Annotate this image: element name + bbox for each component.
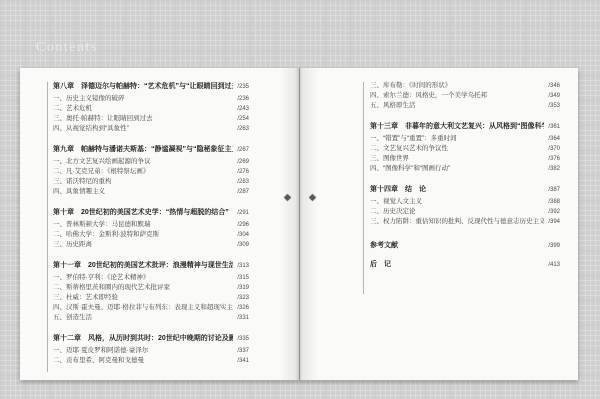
toc-row: 四、“图像科学”和“图画行动” /382 <box>370 164 560 174</box>
toc-row: 第十三章 非暮年的意大利文艺复兴：从风格到“图像科学” /361 <box>370 121 560 132</box>
toc-entry-page-number: /283 <box>237 177 249 187</box>
toc-entry-title: 三、奥托·帕赫特：让眼睛回到过去 <box>53 114 153 124</box>
toc-row: 四、索尔兰德：风格史，一个美学乌托邦 /349 <box>370 91 560 101</box>
toc-row: 后 记 /413 <box>370 259 560 270</box>
toc-entry-page-number: /313 <box>237 261 249 272</box>
toc-row: 二、贡布里希、阿克曼和戈德曼 /341 <box>53 356 249 366</box>
toc-entry-title: 三、权力陷阱：重估知识的批判、反现代性与德意志历史主义传统 <box>370 217 544 227</box>
toc-entry-page-number: /267 <box>237 145 249 156</box>
toc-entry-page-number: /236 <box>237 94 249 104</box>
toc-entry-page-number: /287 <box>237 187 249 197</box>
right-page-margin-rule <box>363 82 364 294</box>
toc-entry-page-number: /331 <box>237 313 249 323</box>
toc-entry-page-number: /323 <box>237 293 249 303</box>
toc-entry-page-number: /388 <box>548 197 560 207</box>
toc-entry-page-number: /276 <box>237 167 249 177</box>
toc-row: 三、图像世界 /376 <box>370 154 560 164</box>
toc-entry-title: 四、从视觉结构到“具象性” <box>53 124 129 134</box>
toc-row: 一、视觉人文主义 /388 <box>370 197 560 207</box>
toc-entry-page-number: /399 <box>548 241 560 252</box>
toc-row: 第十一章 20世纪初的美国艺术批评：浪漫精神与现世生活创造 /313 <box>53 260 249 271</box>
toc-entry-title: 二、历史决定论 <box>370 207 416 217</box>
toc-entry-title: 三、杜威：艺术即经验 <box>53 293 118 303</box>
toc-entry-title: 第十二章 风格，从历时到共时：20世纪中晚期的讨论及影响 <box>53 333 233 344</box>
toc-entry-title: 第九章 帕赫特与潘诺夫斯基：“静谧凝视”与“隐秘象征主义” <box>53 144 233 155</box>
toc-entry-title: 第十一章 20世纪初的美国艺术批评：浪漫精神与现世生活创造 <box>53 260 233 271</box>
toc-entry-page-number: /337 <box>237 346 249 356</box>
toc-row: 二、凡·艾克兄弟：《根特祭坛画》 /276 <box>53 167 249 177</box>
toc-entry-title: 一、“错置”与“重置”：多重时间 <box>370 134 457 144</box>
page-fold-line <box>299 68 300 380</box>
left-page-margin-rule <box>47 82 48 372</box>
toc-entry-title: 四、汉斯·霍夫曼、迈耶·格拉菲与布列东：表现主义和超现实主义 <box>53 303 233 313</box>
toc-row: 三、诺沃特尼的重构 /283 <box>53 177 249 187</box>
toc-row: 二、斯蒂格里茨和圈内的现代艺术批评家 /319 <box>53 283 249 293</box>
toc-entry-title: 一、历史主义镜像的破碎 <box>53 94 125 104</box>
toc-entry-page-number: /235 <box>237 82 249 93</box>
toc-entry-page-number: /269 <box>237 157 249 167</box>
toc-entry-page-number: /315 <box>237 273 249 283</box>
toc-entry-title: 第十章 20世纪初的美国艺术史学：“热情与超脱的结合” <box>53 207 229 218</box>
book-page-spread: 第八章 泽德迈尔与帕赫特：“艺术危机”与“让眼睛回到过去” /235 一、历史主… <box>20 68 578 380</box>
toc-row: 四、从视觉结构到“具象性” /263 <box>53 124 249 134</box>
toc-entry-title: 三、诺沃特尼的重构 <box>53 177 112 187</box>
toc-row: 一、“错置”与“重置”：多重时间 /364 <box>370 134 560 144</box>
toc-row: 三、权力陷阱：重估知识的批判、反现代性与德意志历史主义传统 /394 <box>370 217 560 227</box>
toc-entry-page-number: /309 <box>237 240 249 250</box>
contents-header: Contents <box>36 40 98 56</box>
toc-entry-page-number: /291 <box>237 208 249 219</box>
toc-row: 一、迈耶·夏皮罗和阿诺德·豪泽尔 /337 <box>53 346 249 356</box>
toc-entry-title: 二、文艺复兴艺术的争议性 <box>370 144 448 154</box>
toc-entry-title: 五、创造生活 <box>53 313 92 323</box>
toc-entry-title: 一、视觉人文主义 <box>370 197 422 207</box>
toc-entry-title: 四、“图像科学”和“图画行动” <box>370 164 450 174</box>
toc-entry-page-number: /341 <box>237 356 249 366</box>
toc-entry-page-number: /243 <box>237 104 249 114</box>
toc-entry-page-number: /361 <box>548 122 560 133</box>
toc-row: 三、库布勒：《时间的形状》 /346 <box>370 81 560 91</box>
toc-entry-title: 三、图像世界 <box>370 154 409 164</box>
toc-entry-page-number: /304 <box>237 230 249 240</box>
toc-entry-title: 第十四章 结 论 <box>370 184 426 195</box>
toc-row: 一、罗伯特·亨利：《论艺术精神》 /315 <box>53 273 249 283</box>
toc-row: 一、历史主义镜像的破碎 /236 <box>53 94 249 104</box>
toc-row: 第十章 20世纪初的美国艺术史学：“热情与超脱的结合” /291 <box>53 207 249 218</box>
toc-entry-page-number: /296 <box>237 220 249 230</box>
toc-entry-title: 第十三章 非暮年的意大利文艺复兴：从风格到“图像科学” <box>370 121 544 132</box>
toc-entry-title: 二、哈佛大学：金斯利·波特和萨克斯 <box>53 230 159 240</box>
toc-entry-page-number: /335 <box>237 334 249 345</box>
toc-row: 三、杜威：艺术即经验 /323 <box>53 293 249 303</box>
toc-entry-title: 三、库布勒：《时间的形状》 <box>370 81 451 91</box>
toc-entry-title: 二、艺术危机 <box>53 104 92 114</box>
toc-row: 五、风格即生活 /353 <box>370 101 560 111</box>
toc-entry-page-number: /346 <box>548 81 560 91</box>
toc-right-page: 三、库布勒：《时间的形状》 /346 四、索尔兰德：风格史，一个美学乌托邦 /3… <box>370 81 560 270</box>
toc-row: 二、历史决定论 /392 <box>370 207 560 217</box>
toc-entry-page-number: /319 <box>237 283 249 293</box>
toc-row: 第十二章 风格，从历时到共时：20世纪中晚期的讨论及影响 /335 <box>53 333 249 344</box>
toc-entry-title: 一、北方文艺复兴绘画起源的争议 <box>53 157 151 167</box>
toc-entry-page-number: /382 <box>548 164 560 174</box>
toc-entry-title: 二、凡·艾克兄弟：《根特祭坛画》 <box>53 167 149 177</box>
toc-row: 一、北方文艺复兴绘画起源的争议 /269 <box>53 157 249 167</box>
toc-row: 第十四章 结 论 /387 <box>370 184 560 195</box>
toc-entry-title: 第八章 泽德迈尔与帕赫特：“艺术危机”与“让眼睛回到过去” <box>53 81 233 92</box>
toc-row: 参考文献 /399 <box>370 240 560 251</box>
toc-row: 二、哈佛大学：金斯利·波特和萨克斯 /304 <box>53 230 249 240</box>
toc-entry-page-number: /387 <box>548 185 560 196</box>
toc-row: 二、艺术危机 /243 <box>53 104 249 114</box>
toc-row: 三、历史距离 /309 <box>53 240 249 250</box>
toc-entry-page-number: /376 <box>548 154 560 164</box>
toc-entry-title: 参考文献 <box>370 240 398 251</box>
toc-entry-page-number: /254 <box>237 114 249 124</box>
toc-row: 第九章 帕赫特与潘诺夫斯基：“静谧凝视”与“隐秘象征主义” /267 <box>53 144 249 155</box>
toc-entry-title: 后 记 <box>370 259 391 270</box>
toc-row: 三、奥托·帕赫特：让眼睛回到过去 /254 <box>53 114 249 124</box>
toc-row: 二、文艺复兴艺术的争议性 /370 <box>370 144 560 154</box>
toc-row: 五、创造生活 /331 <box>53 313 249 323</box>
toc-entry-title: 一、迈耶·夏皮罗和阿诺德·豪泽尔 <box>53 346 148 356</box>
toc-entry-title: 二、斯蒂格里茨和圈内的现代艺术批评家 <box>53 283 170 293</box>
toc-left-page: 第八章 泽德迈尔与帕赫特：“艺术危机”与“让眼睛回到过去” /235 一、历史主… <box>53 81 249 366</box>
toc-entry-title: 一、普林斯顿大学：马昆德和默瑞 <box>53 220 151 230</box>
toc-entry-page-number: /394 <box>548 217 560 227</box>
toc-entry-title: 三、历史距离 <box>53 240 92 250</box>
toc-entry-page-number: /392 <box>548 207 560 217</box>
toc-row: 四、汉斯·霍夫曼、迈耶·格拉菲与布列东：表现主义和超现实主义 /326 <box>53 303 249 313</box>
toc-entry-page-number: /353 <box>548 101 560 111</box>
toc-entry-title: 二、贡布里希、阿克曼和戈德曼 <box>53 356 144 366</box>
toc-entry-title: 五、风格即生活 <box>370 101 416 111</box>
toc-entry-title: 一、罗伯特·亨利：《论艺术精神》 <box>53 273 149 283</box>
toc-entry-page-number: /364 <box>548 134 560 144</box>
toc-entry-page-number: /349 <box>548 91 560 101</box>
toc-row: 第八章 泽德迈尔与帕赫特：“艺术危机”与“让眼睛回到过去” /235 <box>53 81 249 92</box>
toc-entry-page-number: /370 <box>548 144 560 154</box>
toc-row: 四、具象情趣主义 /287 <box>53 187 249 197</box>
book-spread-view: Contents 第八章 泽德迈尔与帕赫特：“艺术危机”与“让眼睛回到过去” /… <box>0 0 600 399</box>
toc-entry-page-number: /413 <box>548 260 560 271</box>
toc-entry-title: 四、具象情趣主义 <box>53 187 105 197</box>
toc-row: 一、普林斯顿大学：马昆德和默瑞 /296 <box>53 220 249 230</box>
toc-entry-page-number: /263 <box>237 124 249 134</box>
toc-entry-page-number: /326 <box>237 303 249 313</box>
toc-entry-title: 四、索尔兰德：风格史，一个美学乌托邦 <box>370 91 487 101</box>
